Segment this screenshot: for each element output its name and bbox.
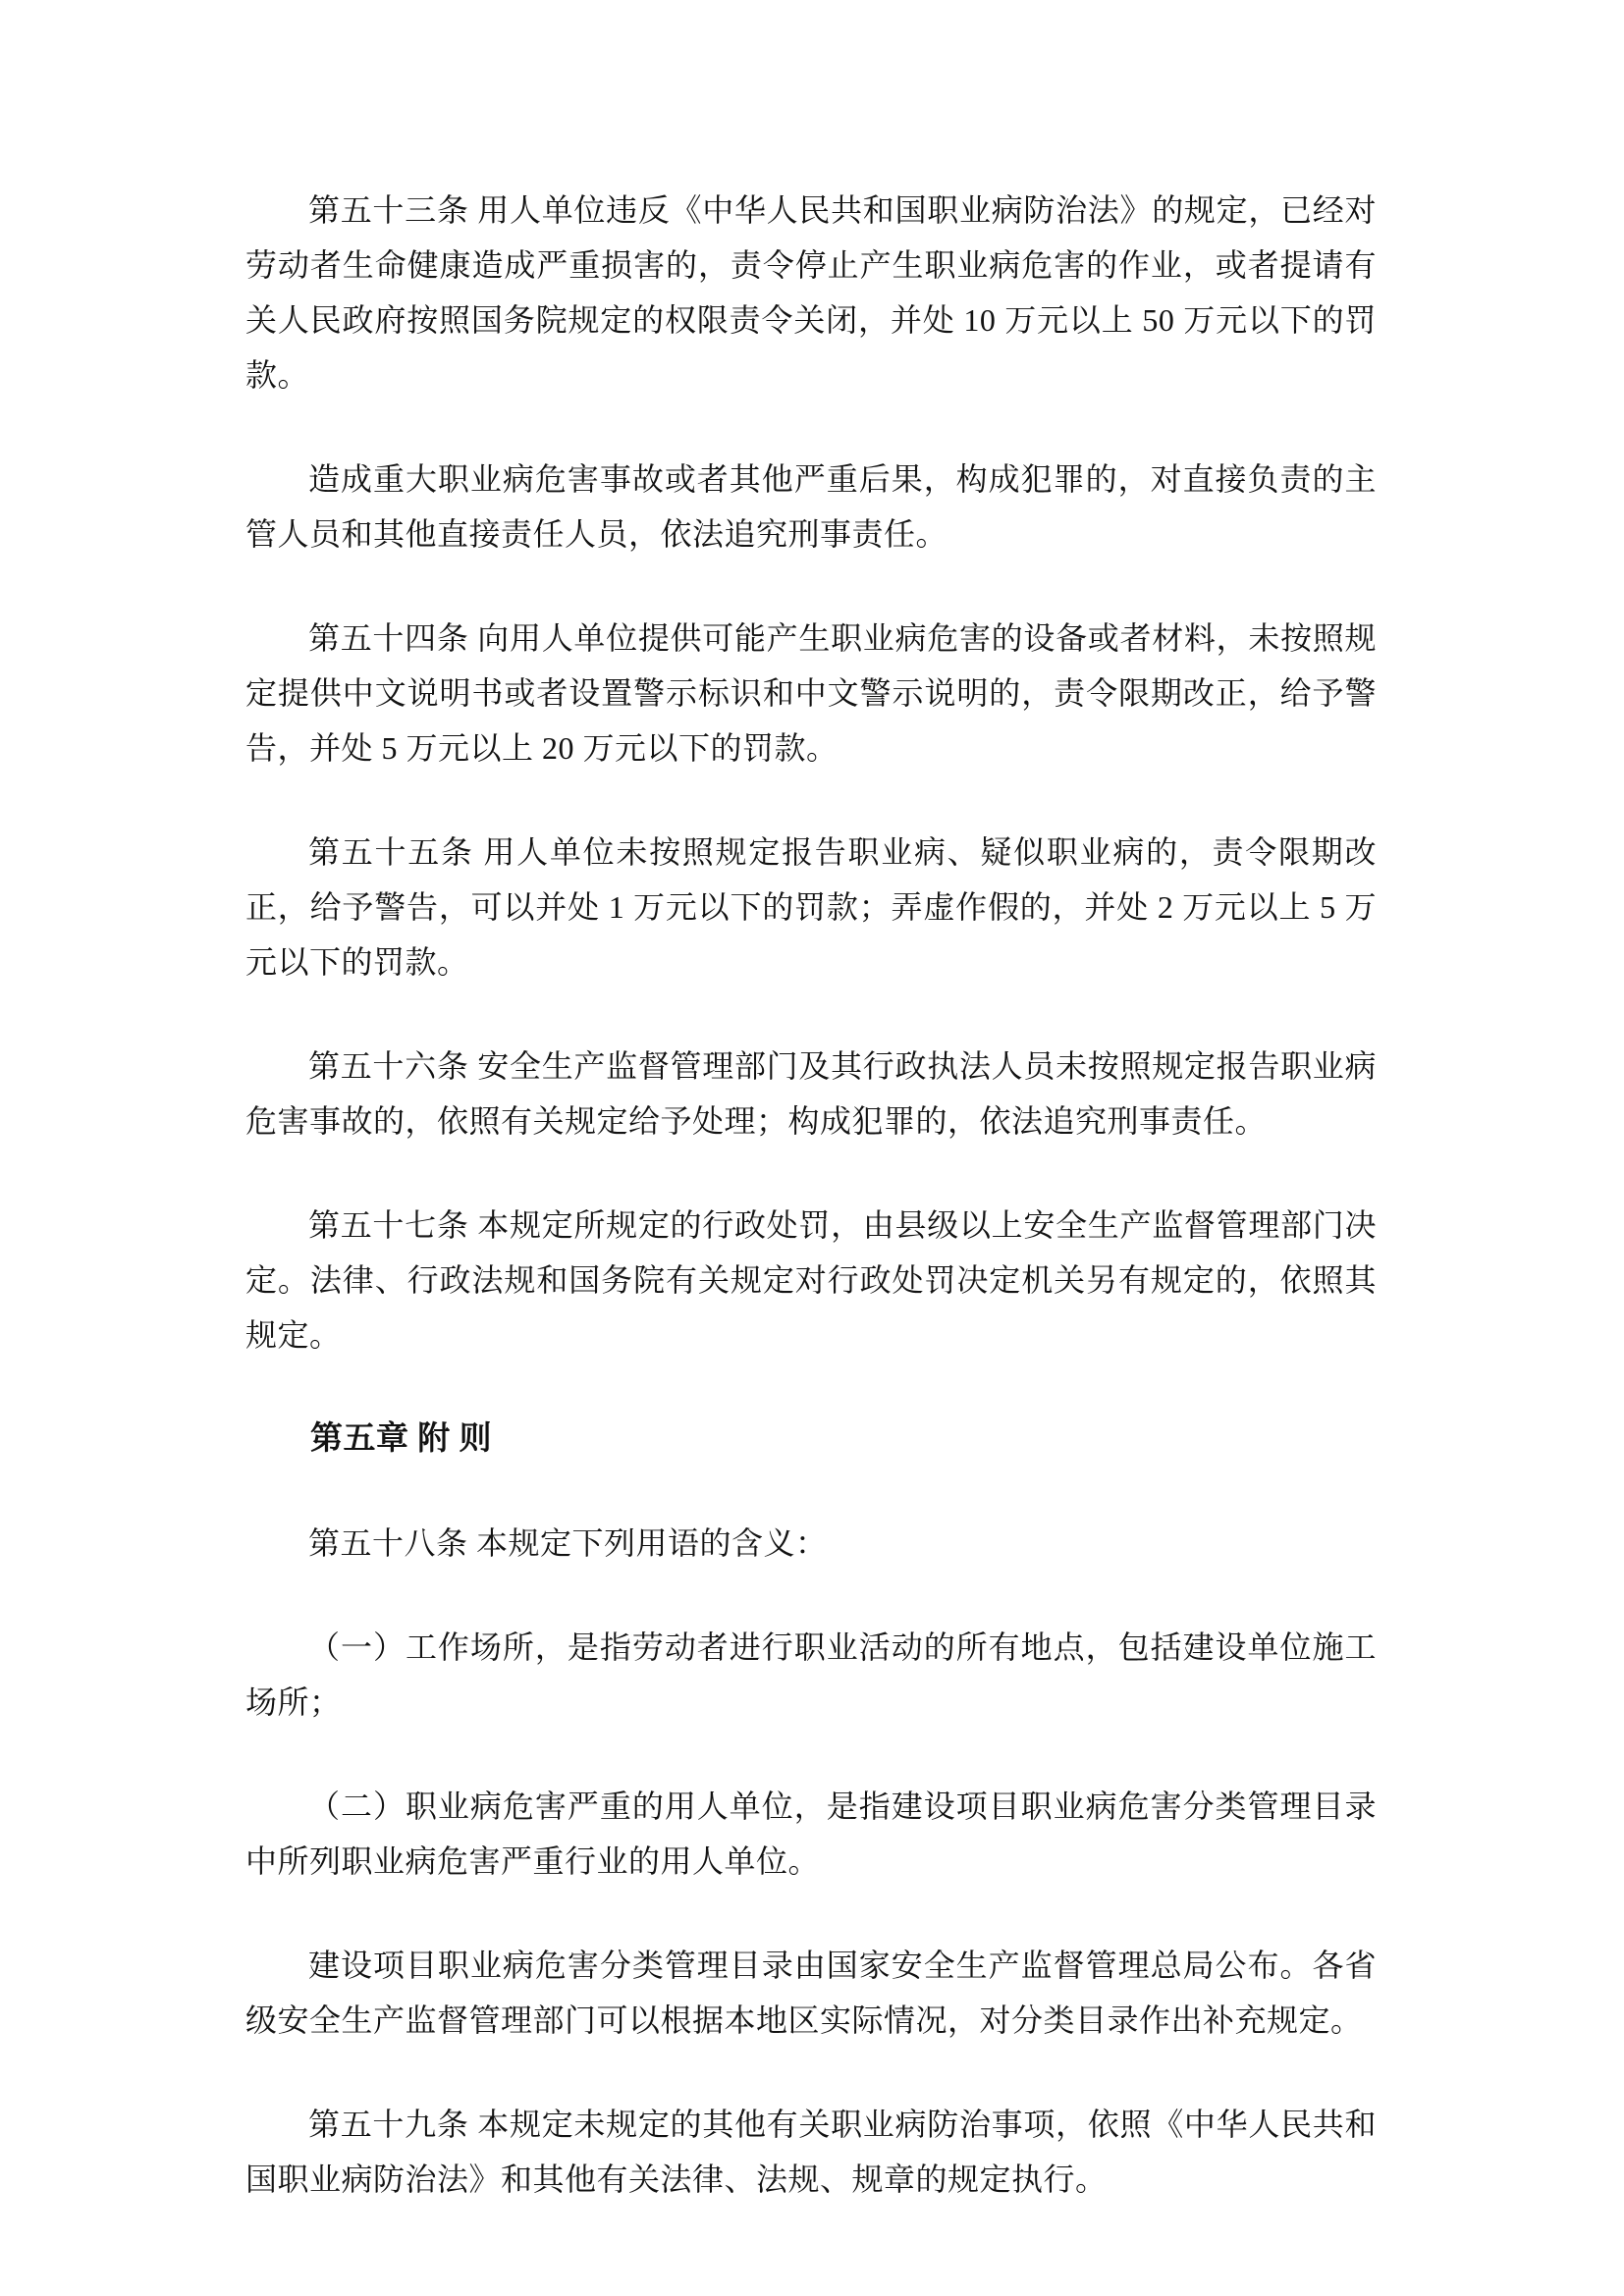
paragraph-article-54: 第五十四条 向用人单位提供可能产生职业病危害的设备或者材料，未按照规定提供中文说… <box>245 611 1377 775</box>
document-body: 第五十三条 用人单位违反《中华人民共和国职业病防治法》的规定，已经对劳动者生命健… <box>245 183 1377 2207</box>
paragraph-article-58-item-1: （一）工作场所，是指劳动者进行职业活动的所有地点，包括建设单位施工场所； <box>245 1620 1377 1730</box>
paragraph-article-55: 第五十五条 用人单位未按照规定报告职业病、疑似职业病的，责令限期改正，给予警告，… <box>245 825 1377 989</box>
paragraph-article-59: 第五十九条 本规定未规定的其他有关职业病防治事项，依照《中华人民共和国职业病防治… <box>245 2097 1377 2207</box>
chapter-5-heading: 第五章 附 则 <box>245 1412 1377 1467</box>
paragraph-article-58-catalog-note: 建设项目职业病危害分类管理目录由国家安全生产监督管理总局公布。各省级安全生产监督… <box>245 1938 1377 2048</box>
paragraph-article-58-item-2: （二）职业病危害严重的用人单位，是指建设项目职业病危害分类管理目录中所列职业病危… <box>245 1779 1377 1889</box>
paragraph-article-57: 第五十七条 本规定所规定的行政处罚，由县级以上安全生产监督管理部门决定。法律、行… <box>245 1198 1377 1362</box>
paragraph-article-53: 第五十三条 用人单位违反《中华人民共和国职业病防治法》的规定，已经对劳动者生命健… <box>245 183 1377 402</box>
paragraph-article-53-clause-2: 造成重大职业病危害事故或者其他严重后果，构成犯罪的，对直接负责的主管人员和其他直… <box>245 452 1377 561</box>
paragraph-article-58: 第五十八条 本规定下列用语的含义： <box>245 1516 1377 1571</box>
paragraph-article-56: 第五十六条 安全生产监督管理部门及其行政执法人员未按照规定报告职业病危害事故的，… <box>245 1039 1377 1148</box>
document-page: 第五十三条 用人单位违反《中华人民共和国职业病防治法》的规定，已经对劳动者生命健… <box>0 0 1624 2296</box>
